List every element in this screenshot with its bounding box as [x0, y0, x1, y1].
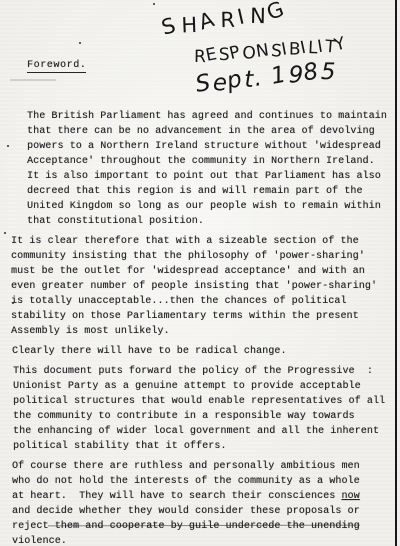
paragraph-pup-policy: This document puts forward the policy of…	[13, 364, 394, 454]
paragraph-power-sharing: It is clear therefore that with a sizeab…	[11, 234, 394, 339]
foreword-heading: Foreword.	[27, 60, 86, 73]
scan-edge-line	[395, 0, 397, 546]
paragraph-ambitious-men-start: Of course there are ruthless and persona…	[12, 461, 360, 502]
scan-speck	[153, 3, 155, 5]
paragraph-british-parliament: The British Parliament has agreed and co…	[27, 109, 394, 229]
scanned-document-page: SHARING RESPONSIBILITY Sept. 1985 Forewo…	[0, 0, 400, 546]
foreword-heading-row: Foreword.	[27, 54, 400, 73]
scan-smudge	[10, 79, 56, 81]
scan-speck	[7, 145, 9, 147]
scan-speck	[4, 232, 6, 234]
scan-speck	[79, 42, 81, 44]
paragraph-radical-change: Clearly there will have to be radical ch…	[12, 344, 394, 359]
paragraph-ambitious-men: Of course there are ruthless and persona…	[12, 459, 394, 546]
scan-speck	[12, 302, 14, 304]
underlined-word-now: now	[341, 491, 359, 502]
handwriting-word-sharing: SHARING	[158, 0, 292, 43]
